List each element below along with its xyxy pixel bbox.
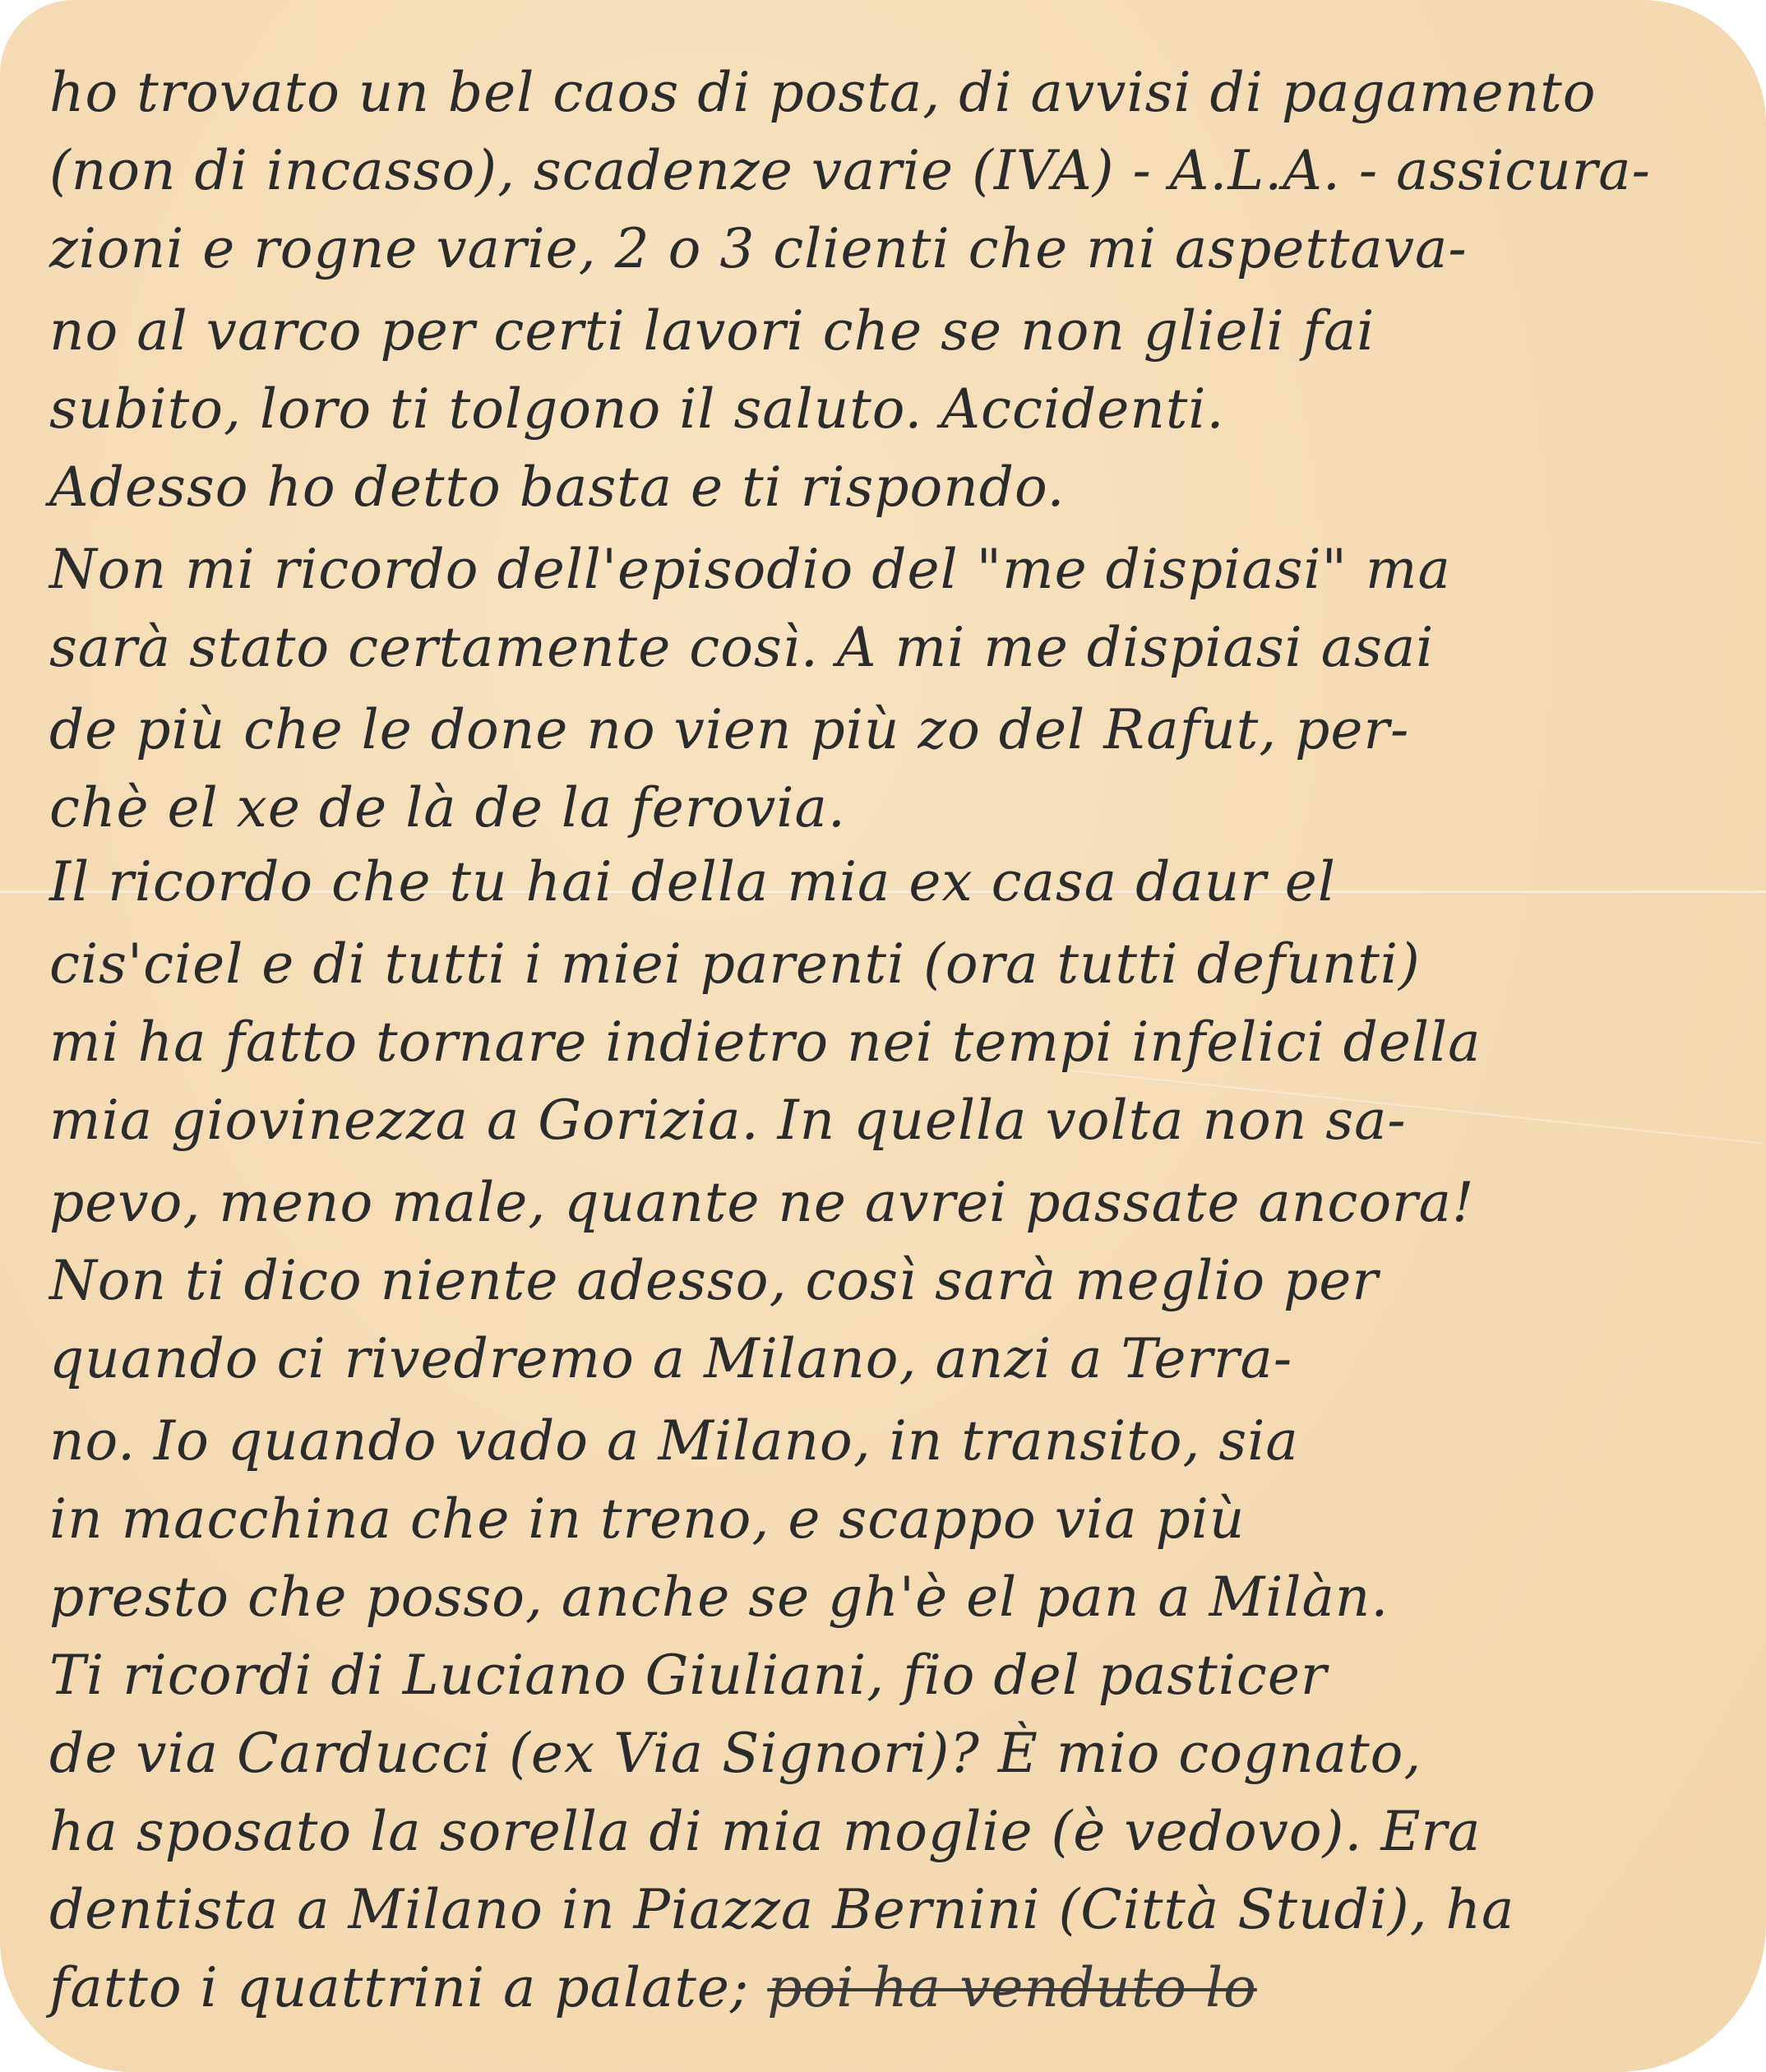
- letter-paper: ho trovato un bel caos di posta, di avvi…: [0, 0, 1766, 2072]
- letter-line-10: chè el xe de là de la ferovia.: [49, 781, 846, 835]
- letter-line-23: ha sposato la sorella di mia moglie (è v…: [49, 1805, 1481, 1859]
- letter-line-9: de più che le done no vien più zo del Ra…: [49, 703, 1409, 757]
- letter-line-25: fatto i quattrini a palate; poi ha vendu…: [49, 1961, 1257, 2015]
- letter-line-6: Adesso ho detto basta e ti rispondo.: [49, 460, 1066, 515]
- letter-line-19: in macchina che in treno, e scappo via p…: [49, 1492, 1245, 1547]
- letter-line-4: no al varco per certi lavori che se non …: [49, 304, 1375, 358]
- letter-line-2: (non di incasso), scadenze varie (IVA) -…: [49, 144, 1651, 198]
- letter-line-5: subito, loro ti tolgono il saluto. Accid…: [49, 382, 1224, 437]
- letter-line-20: presto che posso, anche se gh'è el pan a…: [49, 1570, 1389, 1625]
- letter-line-3: zioni e rogne varie, 2 o 3 clienti che m…: [49, 222, 1468, 276]
- letter-line-13: mi ha fatto tornare indietro nei tempi i…: [49, 1015, 1482, 1070]
- letter-line-22: de via Carducci (ex Via Signori)? È mio …: [49, 1727, 1422, 1781]
- letter-line-15: pevo, meno male, quante ne avrei passate…: [49, 1176, 1474, 1230]
- letter-line-21: Ti ricordi di Luciano Giuliani, fio del …: [49, 1649, 1327, 1703]
- letter-line-1: ho trovato un bel caos di posta, di avvi…: [49, 66, 1596, 120]
- letter-line-25-text: fatto i quattrini a palate;: [49, 1956, 767, 2019]
- struck-through-text: poi ha venduto lo: [767, 1956, 1257, 2019]
- letter-line-7: Non mi ricordo dell'episodio del "me dis…: [49, 543, 1451, 597]
- letter-line-16: Non ti dico niente adesso, così sarà meg…: [49, 1254, 1379, 1308]
- letter-line-8: sarà stato certamente così. A mi me disp…: [49, 621, 1434, 675]
- letter-line-14: mia giovinezza a Gorizia. In quella volt…: [49, 1094, 1407, 1148]
- letter-line-17: quando ci rivedremo a Milano, anzi a Ter…: [49, 1332, 1292, 1386]
- letter-line-11: Il ricordo che tu hai della mia ex casa …: [49, 855, 1336, 909]
- letter-line-12: cis'ciel e di tutti i miei parenti (ora …: [49, 937, 1421, 992]
- letter-line-18: no. Io quando vado a Milano, in transito…: [49, 1414, 1299, 1468]
- letter-line-24: dentista a Milano in Piazza Bernini (Cit…: [49, 1883, 1514, 1937]
